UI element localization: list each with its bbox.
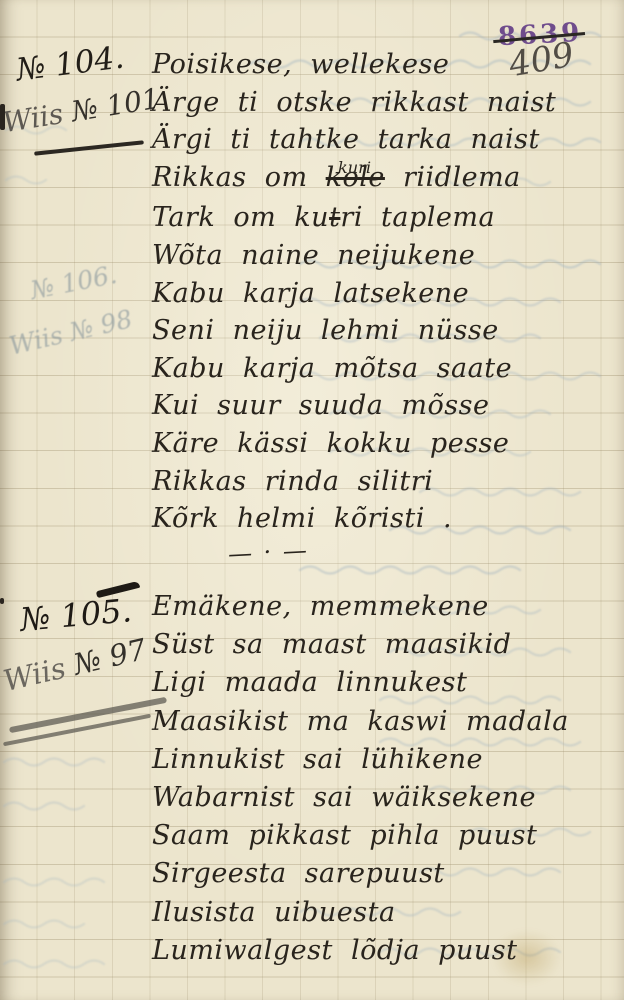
manuscript-page: 8639 409 № 104. Wiis № 101 № 106. Wiis №…: [0, 0, 624, 1000]
poem-line: Emäkene, memmekene: [152, 588, 622, 626]
verse-text: ri taplema: [340, 202, 495, 233]
poem-line: Rikkas om kolekuri riidlema: [152, 159, 622, 200]
poem-line: Linnukist sai lühikene: [152, 741, 622, 779]
verse-text: Rikkas om: [152, 162, 326, 193]
poem-line: Lumiwalgest lõdja puust: [152, 932, 622, 970]
edge-ink-mark: [0, 598, 4, 604]
verse-text: riidlema: [385, 162, 521, 193]
edge-ink-mark: [0, 104, 5, 130]
verse-text: Süst sa maast maasikid: [152, 629, 511, 660]
verse-text: Ilusista uibuesta: [152, 897, 396, 928]
poem-105-text: Emäkene, memmekeneSüst sa maast maasikid…: [152, 588, 622, 970]
verse-text: Ligi maada linnukest: [152, 667, 467, 698]
poem-line: Ärge ti otske rikkast naist: [152, 84, 622, 122]
verse-text: Tark om ku: [152, 202, 329, 233]
verse-text: Linnukist sai lühikene: [152, 744, 483, 775]
poem-104-text: Poisikese, wellekeseÄrge ti otske rikkas…: [152, 46, 622, 538]
verse-text: Saam pikkast pihla puust: [152, 820, 537, 851]
struck-word: t: [329, 202, 340, 233]
verse-text: Ärge ti otske rikkast naist: [152, 87, 556, 118]
verse-text: Seni neiju lehmi nüsse: [152, 315, 499, 346]
poem-line: Ligi maada linnukest: [152, 664, 622, 702]
verse-text: Kõrk helmi kõristi .: [152, 503, 452, 534]
poem-line: Seni neiju lehmi nüsse: [152, 312, 622, 350]
poem-line: Käre kässi kokku pesse: [152, 425, 622, 463]
verse-text: Kabu karja latsekene: [152, 278, 469, 309]
poem-line: Kabu karja mõtsa saate: [152, 350, 622, 388]
verse-text: Kabu karja mõtsa saate: [152, 353, 512, 384]
poem-line: Ilusista uibuesta: [152, 894, 622, 932]
verse-text: Emäkene, memmekene: [152, 591, 489, 622]
verse-text: Lumiwalgest lõdja puust: [152, 935, 517, 966]
verse-text: Rikkas rinda silitri: [152, 466, 433, 497]
verse-text: Sirgeesta sarepuust: [152, 858, 445, 889]
poem-line: Saam pikkast pihla puust: [152, 817, 622, 855]
poem-line: Wabarnist sai wäiksekene: [152, 779, 622, 817]
verse-text: Wabarnist sai wäiksekene: [152, 782, 536, 813]
poem-line: Tark om kutri taplema: [152, 199, 622, 237]
verse-text: Kui suur suuda mõsse: [152, 390, 489, 421]
section-divider: — · —: [227, 536, 309, 568]
verse-text: Ärgi ti tahtke tarka naist: [152, 124, 540, 155]
poem-line: Kabu karja latsekene: [152, 275, 622, 313]
poem-line: Wõta naine neijukene: [152, 237, 622, 275]
poem-line: Maasikist ma kaswi madala: [152, 703, 622, 741]
verse-text: Maasikist ma kaswi madala: [152, 706, 569, 737]
poem-line: Sirgeesta sarepuust: [152, 855, 622, 893]
verse-text: Poisikese, wellekese: [152, 49, 449, 80]
verse-text: Wõta naine neijukene: [152, 240, 475, 271]
poem-line: Kõrk helmi kõristi .: [152, 500, 622, 538]
verse-text: Käre kässi kokku pesse: [152, 428, 509, 459]
poem-line: Rikkas rinda silitri: [152, 463, 622, 501]
poem-line: Süst sa maast maasikid: [152, 626, 622, 664]
poem-line: Kui suur suuda mõsse: [152, 387, 622, 425]
poem-line: Ärgi ti tahtke tarka naist: [152, 121, 622, 159]
poem-line: Poisikese, wellekese: [152, 46, 622, 84]
